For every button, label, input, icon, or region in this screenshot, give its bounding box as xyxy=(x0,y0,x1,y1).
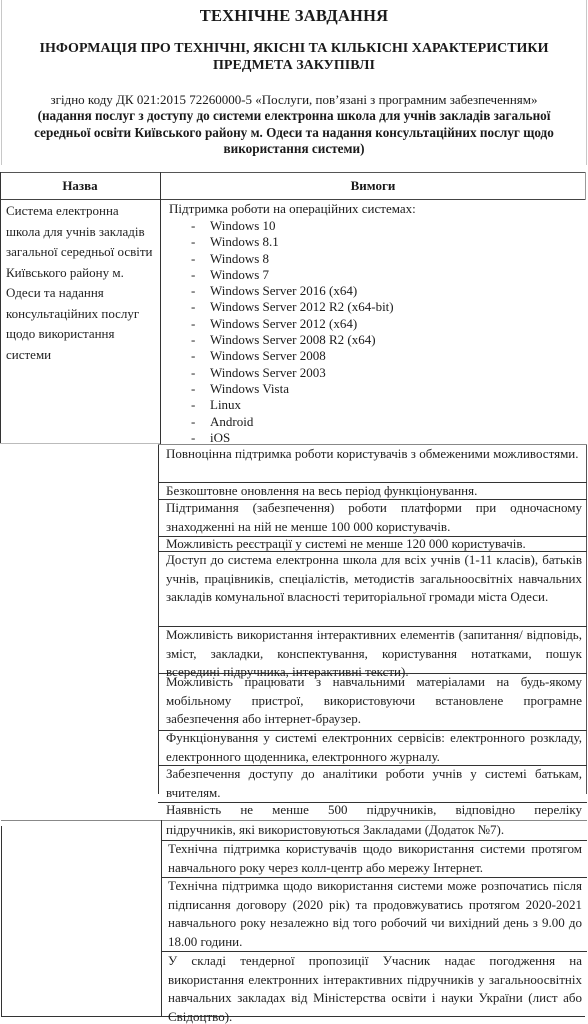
requirement-row: Повноцінна підтримка роботи користувачів… xyxy=(166,445,582,464)
os-item: Linux xyxy=(185,397,394,413)
os-item: Windows Server 2008 R2 (x64) xyxy=(185,332,394,348)
table-border xyxy=(1,826,2,1016)
column-divider xyxy=(161,820,162,1016)
requirement-row: Безкоштовне оновлення на весь період фун… xyxy=(166,482,582,501)
table-header: Назва Вимоги xyxy=(1,172,585,200)
table-border xyxy=(0,198,1,443)
column-divider xyxy=(160,172,161,444)
os-item: Windows Vista xyxy=(185,381,394,397)
classification-code: згідно коду ДК 021:2015 72260000-5 «Посл… xyxy=(0,92,588,108)
requirement-row: Забезпечення доступу до аналітики роботи… xyxy=(166,765,582,802)
os-item: iOS xyxy=(185,430,394,446)
requirement-row: Підтримання (забезпечення) роботи платфо… xyxy=(166,499,582,536)
requirement-row: Наявність не менше 500 підручників, відп… xyxy=(166,801,582,820)
os-item: Android xyxy=(185,414,394,430)
requirement-row: Доступ до система електронна школа для в… xyxy=(166,551,582,607)
os-item: Windows Server 2012 (x64) xyxy=(185,316,394,332)
requirement-row: У складі тендерної пропозиції Учасник на… xyxy=(168,952,582,1024)
os-item: Windows Server 2003 xyxy=(185,365,394,381)
requirement-row: Технічна підтримка користувачів щодо вик… xyxy=(168,840,582,877)
procurement-description: (надання послуг з доступу до системи еле… xyxy=(20,108,568,158)
subtitle-line-2: ПРЕДМЕТА ЗАКУПІВЛІ xyxy=(0,57,588,74)
table-border xyxy=(586,444,587,794)
table-border xyxy=(0,172,1,200)
os-item: Windows Server 2012 R2 (x64-bit) xyxy=(185,299,394,315)
os-item: Windows 8 xyxy=(185,251,394,267)
os-item: Windows 7 xyxy=(185,267,394,283)
document-title: ТЕХНІЧНЕ ЗАВДАННЯ xyxy=(0,6,588,26)
os-item: Windows Server 2008 xyxy=(185,348,394,364)
os-support-intro: Підтримка роботи на операційних системах… xyxy=(169,201,416,217)
os-item: Windows 8.1 xyxy=(185,234,394,250)
column-header-name: Назва xyxy=(1,173,159,199)
requirement-row: Технічна підтримка щодо використання сис… xyxy=(168,877,582,951)
table-border xyxy=(585,172,586,200)
os-item: Windows 10 xyxy=(185,218,394,234)
document-subtitle: ІНФОРМАЦІЯ ПРО ТЕХНІЧНІ, ЯКІСНІ ТА КІЛЬК… xyxy=(0,40,588,74)
os-list: Windows 10 Windows 8.1 Windows 8 Windows… xyxy=(185,218,394,446)
column-divider xyxy=(158,444,159,794)
requirement-row: Можливість працювати з навчальними матер… xyxy=(166,673,582,729)
product-name-cell: Система електронна школа для учнів закла… xyxy=(6,201,156,365)
column-header-requirements: Вимоги xyxy=(161,173,585,199)
os-item: Windows Server 2016 (x64) xyxy=(185,283,394,299)
subtitle-line-1: ІНФОРМАЦІЯ ПРО ТЕХНІЧНІ, ЯКІСНІ ТА КІЛЬК… xyxy=(0,40,588,57)
requirement-row-continued: підручників, які використовуються Заклад… xyxy=(166,821,582,840)
requirement-row: Функціонування у системі електронних сер… xyxy=(166,729,582,766)
row-divider xyxy=(0,443,160,444)
